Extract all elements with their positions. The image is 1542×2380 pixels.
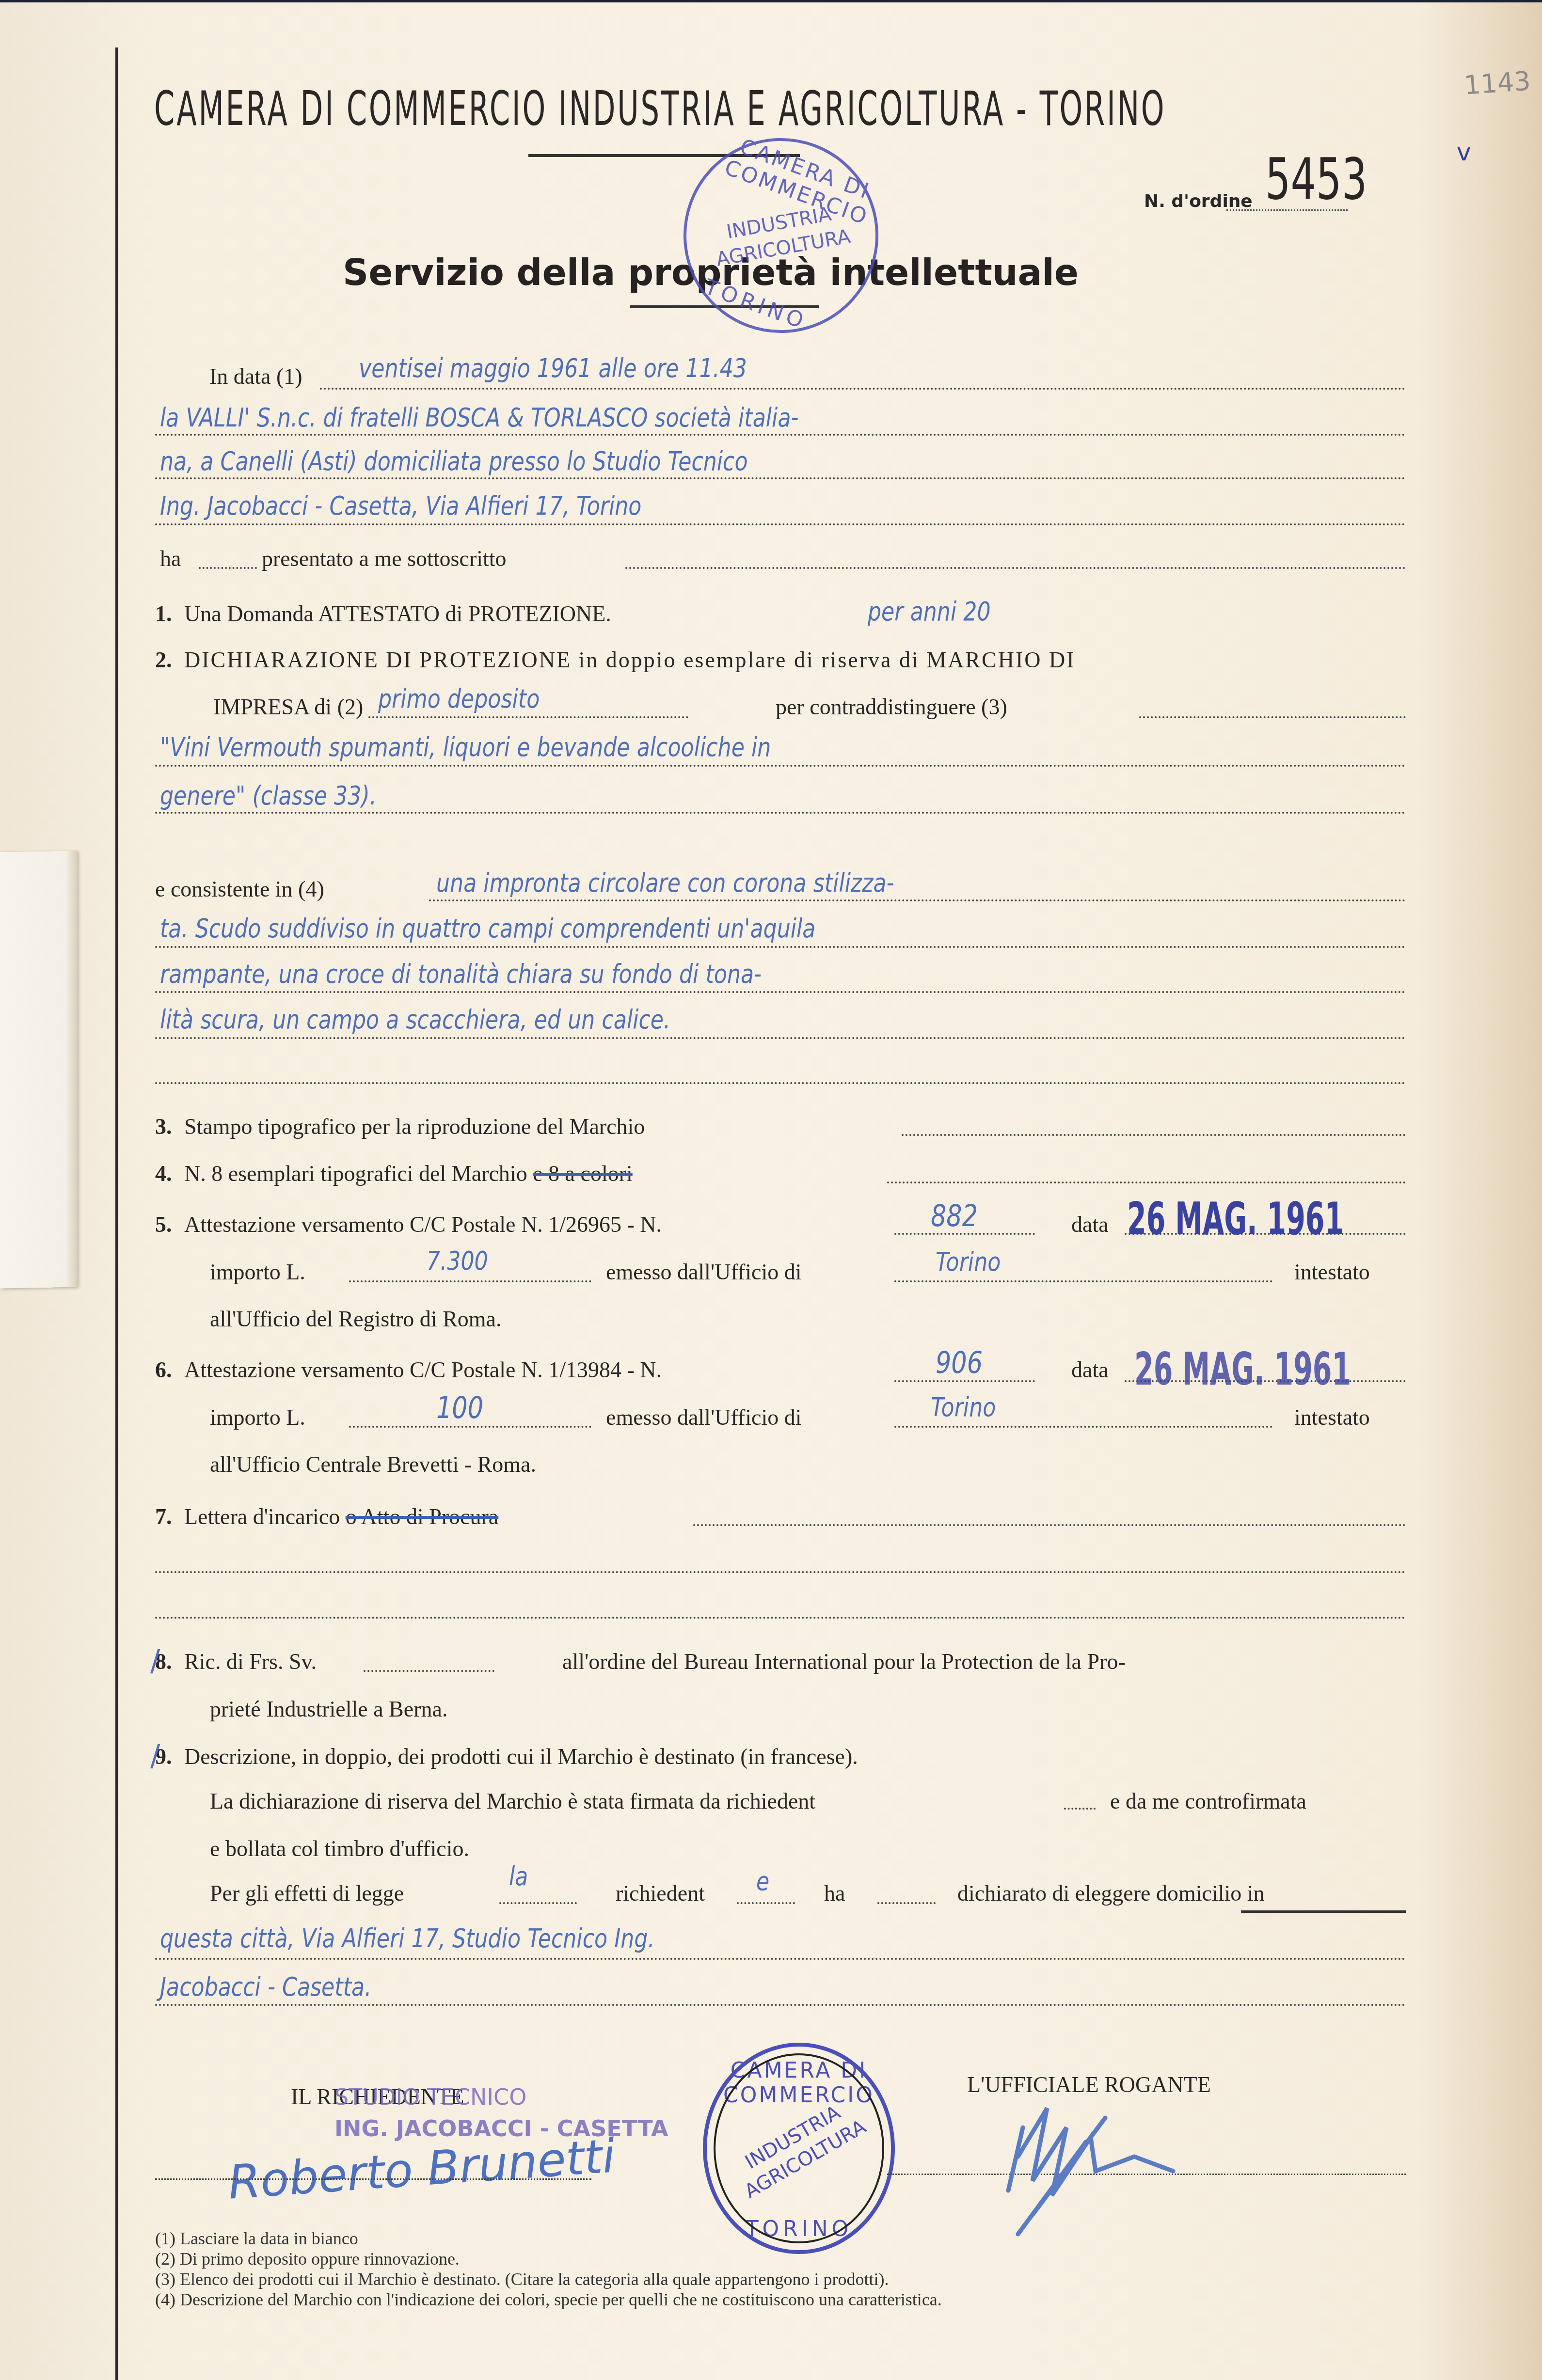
item-2-impresa-label: IMPRESA di (2)	[213, 694, 363, 720]
footnote-2: (2) Di primo deposito oppure rinnovazion…	[155, 2249, 460, 2269]
products-handwritten-2: genere" (classe 33).	[160, 780, 377, 811]
item-4-text: N. 8 esemplari tipografici del Marchio e…	[184, 1161, 633, 1186]
description-line-2	[155, 946, 1406, 948]
item-5-number: 5.	[155, 1212, 172, 1237]
applicant-handwritten-1: la VALLI' S.n.c. di fratelli BOSCA & TOR…	[160, 402, 799, 433]
agent-stamp-line-1: STUDIO TECNICO	[334, 2084, 526, 2110]
item-4-line	[887, 1182, 1406, 1183]
item-5-addressee: all'Ufficio del Registro di Roma.	[210, 1306, 502, 1332]
item-6-receipt-line	[894, 1380, 1035, 1382]
description-line-4	[155, 1037, 1406, 1039]
item-4-struck-text: e 8 a colori	[533, 1161, 633, 1186]
domicile-underline	[1241, 1910, 1406, 1913]
legal-fill-1: la	[509, 1861, 528, 1891]
date-line	[320, 388, 1406, 390]
item-5-amount-label: importo L.	[210, 1259, 305, 1285]
item-7-line	[693, 1524, 1406, 1526]
stamp-ring-text: CAMERA DI COMMERCIO	[707, 2058, 891, 2108]
item-5-receipt-number: 882	[931, 1198, 978, 1233]
deposit-type-handwritten: primo deposito	[378, 683, 540, 714]
declaration-line-2: e bollata col timbro d'ufficio.	[210, 1836, 469, 1861]
document-page: CAMERA DI COMMERCIO INDUSTRIA E AGRICOLT…	[0, 0, 1542, 2380]
products-line-1	[155, 765, 1406, 767]
legal-fill-2: e	[756, 1866, 769, 1896]
description-handwritten-1: una impronta circolare con corona stiliz…	[436, 867, 894, 898]
applicant-line-3	[155, 523, 1406, 525]
item-6-date-label: data	[1071, 1357, 1109, 1383]
officer-label: L'UFFICIALE ROGANTE	[967, 2072, 1211, 2097]
item-8-prefix: Ric. di Frs. Sv.	[184, 1649, 317, 1674]
legal-prefix: Per gli effetti di legge	[210, 1880, 404, 1906]
item-6-text: Attestazione versamento C/C Postale N. 1…	[184, 1357, 662, 1383]
item-6-number: 6.	[155, 1357, 172, 1383]
item-9-text: Descrizione, in doppio, dei prodotti cui…	[184, 1744, 858, 1769]
item-6-addressee: all'Ufficio Centrale Brevetti - Roma.	[210, 1451, 536, 1477]
item-3-line	[902, 1134, 1406, 1136]
legal-ha-line	[877, 1902, 936, 1904]
ha-label: ha	[160, 546, 181, 571]
item-5-addressed-label: intestato	[1294, 1259, 1370, 1285]
item-5-date-label: data	[1071, 1212, 1109, 1237]
declaration-line-1-prefix: La dichiarazione di riserva del Marchio …	[210, 1788, 815, 1814]
description-line-5	[155, 1082, 1406, 1084]
legal-suffix: dichiarato di eleggere domicilio in	[957, 1880, 1265, 1906]
consisting-label: e consistente in (4)	[155, 876, 324, 902]
item-7-struck-text: o Atto di Procura	[346, 1504, 499, 1529]
item-6-amount-line	[349, 1426, 591, 1428]
presented-label: presentato a me sottoscritto	[262, 546, 507, 571]
item-5-amount-line	[349, 1280, 591, 1282]
domicile-line-1	[155, 1958, 1406, 1960]
item-9-strike-mark: /	[150, 1739, 160, 1773]
legal-mid: richiedent	[616, 1880, 705, 1906]
domicile-handwritten-2: Jacobacci - Casetta.	[160, 1971, 371, 2002]
description-line-1	[429, 899, 1406, 901]
institution-title: CAMERA DI COMMERCIO INDUSTRIA E AGRICOLT…	[154, 81, 1166, 137]
item-7-text: Lettera d'incarico o Atto di Procura	[184, 1504, 498, 1529]
applicant-signature-line	[155, 2178, 591, 2180]
item-6-date-stamp: 26 MAG. 1961	[1134, 1343, 1351, 1395]
item-3-text: Stampo tipografico per la riproduzione d…	[184, 1114, 645, 1139]
item-1-text: Una Domanda ATTESTATO di PROTEZIONE.	[184, 601, 611, 627]
stamp-inner-text: INDUSTRIA AGRICOLTURA	[727, 2093, 870, 2204]
stamp-inner-text: INDUSTRIA AGRICOLTURA	[710, 199, 852, 272]
distinguish-label: per contraddistinguere (3)	[776, 694, 1007, 720]
applicant-handwritten-2: na, a Canelli (Asti) domiciliata presso …	[160, 446, 748, 476]
applicant-line-1	[155, 434, 1406, 436]
item-6-office: Torino	[931, 1392, 996, 1422]
deposit-type-line	[368, 716, 688, 718]
products-handwritten-1: "Vini Vermouth spumanti, liquori e bevan…	[160, 732, 771, 762]
item-7-number: 7.	[155, 1504, 172, 1529]
products-line-0	[1139, 716, 1406, 718]
ha-line	[199, 567, 257, 569]
stamp-city-text: TORINO	[663, 261, 849, 348]
domicile-line-2	[155, 2004, 1406, 2006]
pencil-note: 1143	[1463, 65, 1531, 100]
footnote-1: (1) Lasciare la data in bianco	[155, 2228, 358, 2249]
item-6-issued-label: emesso dall'Ufficio di	[606, 1404, 801, 1430]
description-handwritten-4: lità scura, un campo a scacchiera, ed un…	[160, 1004, 670, 1035]
order-number: 5453	[1265, 145, 1367, 212]
office-stamp-top: CAMERA DI COMMERCIO INDUSTRIA AGRICOLTUR…	[656, 110, 906, 360]
item-5-text: Attestazione versamento C/C Postale N. 1…	[184, 1212, 662, 1237]
officer-signature-scribble	[989, 2098, 1192, 2239]
date-handwritten: ventisei maggio 1961 alle ore 11.43	[359, 353, 747, 383]
declaration-line-1-suffix: e da me controfirmata	[1110, 1788, 1306, 1814]
item-6-amount-label: importo L.	[210, 1404, 305, 1430]
item-8-line2: prieté Industrielle a Berna.	[210, 1696, 447, 1722]
item-2-text: DICHIARAZIONE DI PROTEZIONE in doppio es…	[184, 647, 1076, 673]
item-2-number: 2.	[155, 647, 172, 673]
item-4-main-text: N. 8 esemplari tipografici del Marchio	[184, 1161, 527, 1186]
item-8-strike-mark: /	[150, 1644, 160, 1678]
item-4-number: 4.	[155, 1161, 172, 1186]
footnote-3: (3) Elenco dei prodotti cui il Marchio è…	[155, 2269, 889, 2289]
margin-rule	[115, 47, 118, 2380]
item-7-line-2	[155, 1571, 1406, 1573]
item-3-number: 3.	[155, 1114, 172, 1139]
item-6-addressed-label: intestato	[1294, 1404, 1370, 1430]
item-5-issued-label: emesso dall'Ufficio di	[606, 1259, 801, 1285]
item-1-handwritten: per anni 20	[868, 596, 991, 627]
item-6-office-line	[894, 1426, 1272, 1428]
order-number-label: N. d'ordine	[1144, 191, 1253, 211]
office-stamp-bottom: CAMERA DI COMMERCIO INDUSTRIA AGRICOLTUR…	[703, 2043, 895, 2254]
domicile-handwritten-1: questa città, Via Alfieri 17, Studio Tec…	[160, 1923, 655, 1954]
item-8-line	[364, 1670, 494, 1672]
legal-fill-2-line	[737, 1902, 795, 1904]
item-5-amount: 7.300	[427, 1245, 488, 1276]
item-7-line-3	[155, 1617, 1406, 1619]
paper-tab-insert	[0, 851, 78, 1289]
item-5-office: Torino	[936, 1246, 1001, 1277]
date-label: In data (1)	[209, 363, 302, 389]
item-8-suffix: all'ordine del Bureau International pour…	[562, 1649, 1126, 1674]
item-1-number: 1.	[155, 601, 172, 627]
presented-line	[625, 567, 1406, 569]
description-handwritten-2: ta. Scudo suddiviso in quattro campi com…	[160, 913, 815, 944]
legal-ha: ha	[824, 1880, 845, 1906]
item-5-office-line	[894, 1280, 1272, 1282]
check-mark: v	[1457, 138, 1471, 166]
description-line-3	[155, 991, 1406, 993]
item-6-receipt-number: 906	[936, 1345, 983, 1380]
products-line-2	[155, 812, 1406, 814]
item-7-main-text: Lettera d'incarico	[184, 1504, 340, 1529]
item-5-date-stamp: 26 MAG. 1961	[1127, 1193, 1344, 1245]
legal-fill-1-line	[499, 1902, 577, 1904]
item-6-amount: 100	[436, 1390, 483, 1425]
applicant-line-2	[155, 477, 1406, 479]
applicant-handwritten-3: Ing. Jacobacci - Casetta, Via Alfieri 17…	[160, 490, 641, 521]
footnote-4: (4) Descrizione del Marchio con l'indica…	[155, 2289, 942, 2310]
description-handwritten-3: rampante, una croce di tonalità chiara s…	[160, 959, 762, 989]
stamp-city-text: TORINO	[707, 2217, 891, 2241]
declaration-suffix-line	[1064, 1808, 1096, 1810]
scan-edge	[0, 0, 1542, 2]
